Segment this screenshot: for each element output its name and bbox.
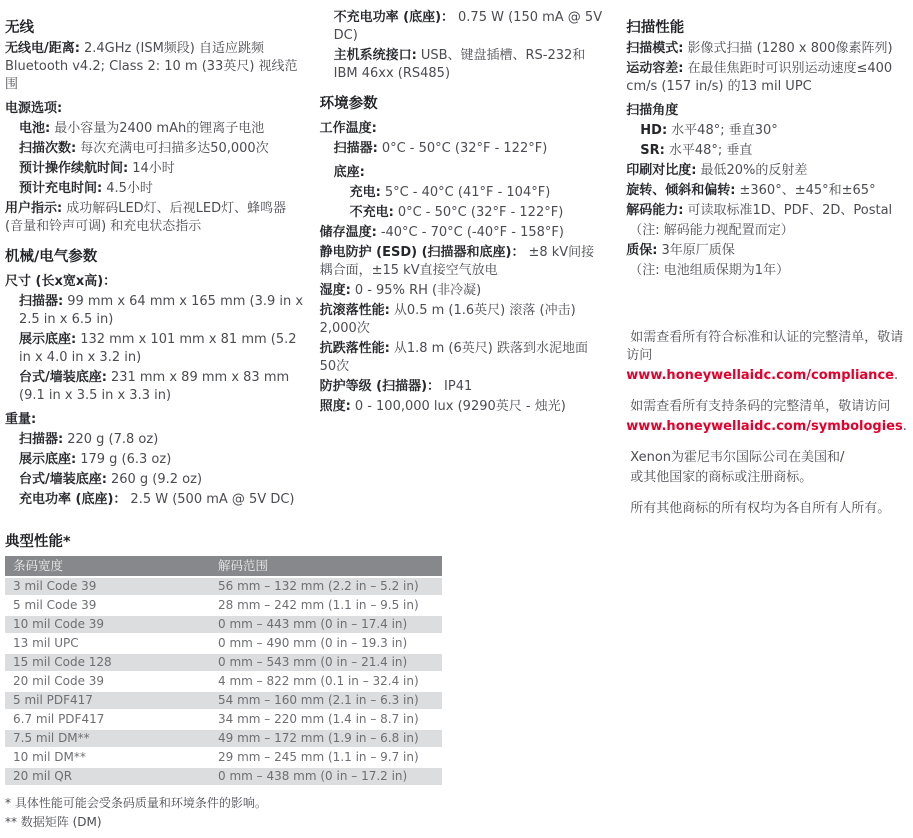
spec-item: 用户指示:成功解码LED灯、后视LED灯、蜂鸣器 (音量和铃声可调) 和充电状态… [5, 200, 306, 236]
table-row: 10 mil Code 39 0 mm – 443 mm (0 in – 17.… [5, 615, 442, 634]
table-row: 6.7 mil PDF417 34 mm – 220 mm (1.4 in – … [5, 710, 442, 729]
spec-item: 重量: [5, 411, 306, 429]
spec-label: 机械/电气参数 [5, 249, 97, 265]
decode-range-cell: 0 mm – 443 mm (0 in – 17.4 in) [210, 615, 442, 634]
spec-value: . [903, 419, 907, 434]
barcode-width-cell: 10 mil Code 39 [5, 615, 210, 634]
performance-table: 条码宽度 解码范围 3 mil Code 39 56 mm – 132 mm (… [5, 556, 442, 787]
spec-column-left: 无线 无线电/距离:2.4GHz (ISM频段) 自适应跳频Bluetooth … [5, 7, 306, 511]
spec-item: 无线 [5, 19, 306, 38]
table-row: 3 mil Code 39 56 mm – 132 mm (2.2 in – 5… [5, 577, 442, 596]
spec-label: HD: [640, 123, 667, 138]
spec-item: 扫描性能 [626, 19, 909, 38]
spec-item: 扫描器:220 g (7.8 oz) [5, 431, 306, 449]
spec-value: 影像式扫描 (1280 x 800像素阵列) [688, 41, 893, 56]
column-header-decode-range: 解码范围 [210, 556, 442, 577]
barcode-width-cell: 3 mil Code 39 [5, 577, 210, 596]
spec-item: 充电:5°C - 40°C (41°F - 104°F) [320, 184, 605, 202]
spec-value: . [894, 368, 898, 383]
footnote-data-matrix: ** 数据矩阵 (DM) [5, 813, 909, 832]
spec-item: SR:水平48°; 垂直 [626, 142, 909, 160]
spec-label: 充电功率 (底座)： [19, 492, 126, 507]
spec-item: 底座: [320, 164, 605, 182]
spec-label: 旋转、倾斜和偏转: [626, 183, 735, 198]
spec-item: 预计充电时间:4.5小时 [5, 180, 306, 198]
spec-label: 电源选项: [5, 101, 62, 116]
spec-label: 用户指示: [5, 201, 62, 216]
spec-value: 或其他国家的商标或注册商标。 [630, 470, 812, 485]
table-row: 20 mil QR 0 mm – 438 mm (0 in – 17.2 in) [5, 767, 442, 786]
decode-range-cell: 54 mm – 160 mm (2.1 in – 6.3 in) [210, 691, 442, 710]
spec-item: 抗滚落性能:从0.5 m (1.6英尺) 滚落 (冲击) 2,000次 [320, 302, 605, 338]
spec-label: 抗跌落性能: [320, 341, 390, 356]
spec-item: 展示底座:132 mm x 101 mm x 81 mm (5.2 in x 4… [5, 331, 306, 367]
spec-label: 重量: [5, 412, 36, 427]
spec-item: 展示底座:179 g (6.3 oz) [5, 451, 306, 469]
spec-item: 扫描模式:影像式扫描 (1280 x 800像素阵列) [626, 40, 909, 58]
spec-label: 台式/墙装底座: [19, 472, 107, 487]
spec-item: 扫描次数:每次充满电可扫描多达50,000次 [5, 140, 306, 158]
spec-item: 扫描器:0°C - 50°C (32°F - 122°F) [320, 140, 605, 158]
decode-range-cell: 49 mm – 172 mm (1.9 in – 6.8 in) [210, 729, 442, 748]
barcode-width-cell: 15 mil Code 128 [5, 653, 210, 672]
spec-label: 静电防护 (ESD) (扫描器和底座)： [320, 245, 525, 260]
spec-item: 充电功率 (底座)：2.5 W (500 mA @ 5V DC) [5, 491, 306, 509]
spec-item: 如需查看所有支持条码的完整清单，敬请访问 [626, 398, 909, 416]
spec-item: 主机系统接口:USB、键盘插槽、RS-232和IBM 46xx (RS485) [320, 47, 605, 83]
spec-item: Xenon为霍尼韦尔国际公司在美国和/ [626, 449, 909, 467]
spec-label: 解码能力: [626, 203, 683, 218]
table-row: 7.5 mil DM** 49 mm – 172 mm (1.9 in – 6.… [5, 729, 442, 748]
spec-label: 扫描性能 [626, 20, 684, 36]
spec-label: 扫描角度 [626, 103, 678, 118]
table-row: 5 mil PDF417 54 mm – 160 mm (2.1 in – 6.… [5, 691, 442, 710]
spec-label: 预计充电时间: [19, 181, 102, 196]
spec-value: 14小时 [132, 161, 175, 176]
spec-item: 湿度:0 - 95% RH (非冷凝) [320, 282, 605, 300]
typical-performance-section: 典型性能* 条码宽度 解码范围 3 mil Code 39 56 mm – 13… [5, 532, 909, 832]
spec-label: 不充电功率 (底座)： [334, 10, 454, 25]
spec-item: 电源选项: [5, 100, 306, 118]
spec-item: 环境参数 [320, 95, 605, 114]
spec-label: 质保: [626, 243, 657, 258]
spec-item: 印刷对比度:最低20%的反射差 [626, 162, 909, 180]
table-row: 13 mil UPC 0 mm – 490 mm (0 in – 19.3 in… [5, 634, 442, 653]
datasheet-page: 无线 无线电/距离:2.4GHz (ISM频段) 自适应跳频Bluetooth … [0, 0, 913, 832]
spec-item: www.honeywellaidc.com/compliance. [626, 367, 909, 385]
spec-item: www.honeywellaidc.com/symbologies. [626, 418, 909, 436]
spec-item: 质保:3年原厂质保 [626, 242, 909, 260]
spec-label: 运动容差: [626, 61, 683, 76]
spec-item: 静电防护 (ESD) (扫描器和底座)：±8 kV间接耦合面，±15 kV直接空… [320, 244, 605, 280]
external-link[interactable]: www.honeywellaidc.com/compliance [626, 368, 894, 383]
spec-label: 展示底座: [19, 452, 76, 467]
spec-label: 储存温度: [320, 225, 377, 240]
spec-item: 台式/墙装底座:231 mm x 89 mm x 83 mm (9.1 in x… [5, 369, 306, 405]
spec-label: 印刷对比度: [626, 163, 696, 178]
spec-label: 电池: [19, 121, 50, 136]
spec-label: 展示底座: [19, 332, 76, 347]
spec-item: 或其他国家的商标或注册商标。 [626, 469, 909, 487]
spec-label: 防护等级 (扫描器)： [320, 379, 440, 394]
barcode-width-cell: 6.7 mil PDF417 [5, 710, 210, 729]
spec-value: 最低20%的反射差 [701, 163, 808, 178]
spec-label: 不充电: [350, 205, 394, 220]
spec-value: 每次充满电可扫描多达50,000次 [80, 141, 269, 156]
performance-table-title: 典型性能* [5, 532, 909, 552]
table-row: 15 mil Code 128 0 mm – 543 mm (0 in – 21… [5, 653, 442, 672]
spec-column-right: 扫描性能 扫描模式:影像式扫描 (1280 x 800像素阵列) 运动容差:在最… [626, 7, 909, 520]
spec-item: 旋转、倾斜和偏转:±360°、±45°和±65° [626, 182, 909, 200]
spec-item: 如需查看所有符合标准和认证的完整清单，敬请访问 [626, 329, 909, 365]
spec-item: （注: 解码能力视配置而定） [626, 222, 909, 240]
spec-value: （注: 解码能力视配置而定） [629, 223, 794, 238]
spec-item: 预计操作续航时间:14小时 [5, 160, 306, 178]
table-header-row: 条码宽度 解码范围 [5, 556, 442, 577]
spec-value: 0°C - 50°C (32°F - 122°F) [398, 205, 563, 220]
spec-value: 0°C - 50°C (32°F - 122°F) [382, 141, 547, 156]
spec-value: 如需查看所有支持条码的完整清单，敬请访问 [630, 399, 890, 414]
spec-item [626, 282, 909, 316]
barcode-width-cell: 13 mil UPC [5, 634, 210, 653]
spec-value: Xenon为霍尼韦尔国际公司在美国和/ [630, 450, 844, 465]
spec-item: 储存温度:-40°C - 70°C (-40°F - 158°F) [320, 224, 605, 242]
barcode-width-cell: 10 mil DM** [5, 748, 210, 767]
spec-item: 所有其他商标的所有权均为各自所有人所有。 [626, 500, 909, 518]
spec-value: -40°C - 70°C (-40°F - 158°F) [381, 225, 564, 240]
spec-label: 主机系统接口: [334, 48, 417, 63]
footnote-performance: * 具体性能可能会受条码质量和环境条件的影响。 [5, 794, 909, 813]
table-row: 5 mil Code 39 28 mm – 242 mm (1.1 in – 9… [5, 596, 442, 615]
spec-label: SR: [640, 143, 665, 158]
decode-range-cell: 4 mm – 822 mm (0.1 in – 32.4 in) [210, 672, 442, 691]
spec-value: 可读取标准1D、PDF、2D、Postal [688, 203, 893, 218]
decode-range-cell: 0 mm – 438 mm (0 in – 17.2 in) [210, 767, 442, 786]
spec-item: 工作温度: [320, 120, 605, 138]
spec-value: 0 - 100,000 lux (9290英尺 - 烛光) [355, 399, 566, 414]
decode-range-cell: 56 mm – 132 mm (2.2 in – 5.2 in) [210, 577, 442, 596]
spec-value: 260 g (9.2 oz) [111, 472, 202, 487]
spec-item: 不充电:0°C - 50°C (32°F - 122°F) [320, 204, 605, 222]
spec-item: 抗跌落性能:从1.8 m (6英尺) 跌落到水泥地面50次 [320, 340, 605, 376]
spec-value: 最小容量为2400 mAh的锂离子电池 [54, 121, 264, 136]
barcode-width-cell: 20 mil QR [5, 767, 210, 786]
spec-value: 220 g (7.8 oz) [67, 432, 158, 447]
spec-item: 尺寸 (长x宽x高)： [5, 273, 306, 291]
spec-value: IP41 [444, 379, 472, 394]
spec-item: 不充电功率 (底座)：0.75 W (150 mA @ 5V DC) [320, 9, 605, 45]
spec-value: 所有其他商标的所有权均为各自所有人所有。 [630, 501, 890, 516]
spec-item: 台式/墙装底座:260 g (9.2 oz) [5, 471, 306, 489]
table-footnotes: * 具体性能可能会受条码质量和环境条件的影响。 ** 数据矩阵 (DM) [5, 794, 909, 832]
spec-value: 3年原厂质保 [662, 243, 735, 258]
spec-label: 照度: [320, 399, 351, 414]
spec-value: 4.5小时 [106, 181, 153, 196]
spec-value: 5°C - 40°C (41°F - 104°F) [385, 185, 550, 200]
spec-label: 扫描器: [19, 432, 63, 447]
spec-value: 水平48°; 垂直 [669, 143, 753, 158]
spec-value: 水平48°; 垂直30° [671, 123, 778, 138]
spec-label: 抗滚落性能: [320, 303, 390, 318]
spec-item: 扫描器:99 mm x 64 mm x 165 mm (3.9 in x 2.5… [5, 293, 306, 329]
decode-range-cell: 34 mm – 220 mm (1.4 in – 8.7 in) [210, 710, 442, 729]
decode-range-cell: 0 mm – 543 mm (0 in – 21.4 in) [210, 653, 442, 672]
spec-label: 底座: [334, 165, 365, 180]
spec-value: ±360°、±45°和±65° [740, 183, 876, 198]
table-row: 10 mil DM** 29 mm – 245 mm (1.1 in – 9.7… [5, 748, 442, 767]
spec-value: 179 g (6.3 oz) [80, 452, 171, 467]
spec-columns: 无线 无线电/距离:2.4GHz (ISM频段) 自适应跳频Bluetooth … [5, 7, 909, 520]
spec-item: 照度:0 - 100,000 lux (9290英尺 - 烛光) [320, 398, 605, 416]
decode-range-cell: 28 mm – 242 mm (1.1 in – 9.5 in) [210, 596, 442, 615]
spec-value: （注: 电池组质保期为1年） [629, 263, 789, 278]
spec-item: 解码能力:可读取标准1D、PDF、2D、Postal [626, 202, 909, 220]
spec-label: 无线 [5, 20, 34, 36]
table-row: 20 mil Code 39 4 mm – 822 mm (0.1 in – 3… [5, 672, 442, 691]
barcode-width-cell: 5 mil Code 39 [5, 596, 210, 615]
spec-value: 2.5 W (500 mA @ 5V DC) [130, 492, 294, 507]
spec-label: 扫描器: [334, 141, 378, 156]
spec-label: 台式/墙装底座: [19, 370, 107, 385]
spec-item: 扫描角度 [626, 102, 909, 120]
spec-item: 机械/电气参数 [5, 248, 306, 267]
column-header-barcode-width: 条码宽度 [5, 556, 210, 577]
spec-value: 如需查看所有符合标准和认证的完整清单，敬请访问 [626, 330, 903, 363]
spec-item: 运动容差:在最佳焦距时可识别运动速度≤400 cm/s (157 in/s) 的… [626, 60, 909, 96]
spec-label: 尺寸 (长x宽x高)： [5, 274, 116, 289]
decode-range-cell: 29 mm – 245 mm (1.1 in – 9.7 in) [210, 748, 442, 767]
spec-label: 预计操作续航时间: [19, 161, 128, 176]
barcode-width-cell: 5 mil PDF417 [5, 691, 210, 710]
external-link[interactable]: www.honeywellaidc.com/symbologies [626, 419, 902, 434]
spec-column-middle: 不充电功率 (底座)：0.75 W (150 mA @ 5V DC) 主机系统接… [320, 7, 605, 418]
spec-label: 工作温度: [320, 121, 377, 136]
spec-value: 0 - 95% RH (非冷凝) [355, 283, 481, 298]
performance-table-body: 3 mil Code 39 56 mm – 132 mm (2.2 in – 5… [5, 577, 442, 786]
barcode-width-cell: 20 mil Code 39 [5, 672, 210, 691]
decode-range-cell: 0 mm – 490 mm (0 in – 19.3 in) [210, 634, 442, 653]
spec-item: 无线电/距离:2.4GHz (ISM频段) 自适应跳频Bluetooth v4.… [5, 40, 306, 94]
spec-label: 无线电/距离: [5, 41, 80, 56]
spec-item: HD:水平48°; 垂直30° [626, 122, 909, 140]
barcode-width-cell: 7.5 mil DM** [5, 729, 210, 748]
spec-label: 扫描器: [19, 294, 63, 309]
spec-item: （注: 电池组质保期为1年） [626, 262, 909, 280]
spec-item: 防护等级 (扫描器)：IP41 [320, 378, 605, 396]
spec-item: 电池:最小容量为2400 mAh的锂离子电池 [5, 120, 306, 138]
spec-label: 扫描次数: [19, 141, 76, 156]
spec-label: 环境参数 [320, 96, 378, 112]
spec-label: 充电: [350, 185, 381, 200]
spec-label: 扫描模式: [626, 41, 683, 56]
spec-label: 湿度: [320, 283, 351, 298]
